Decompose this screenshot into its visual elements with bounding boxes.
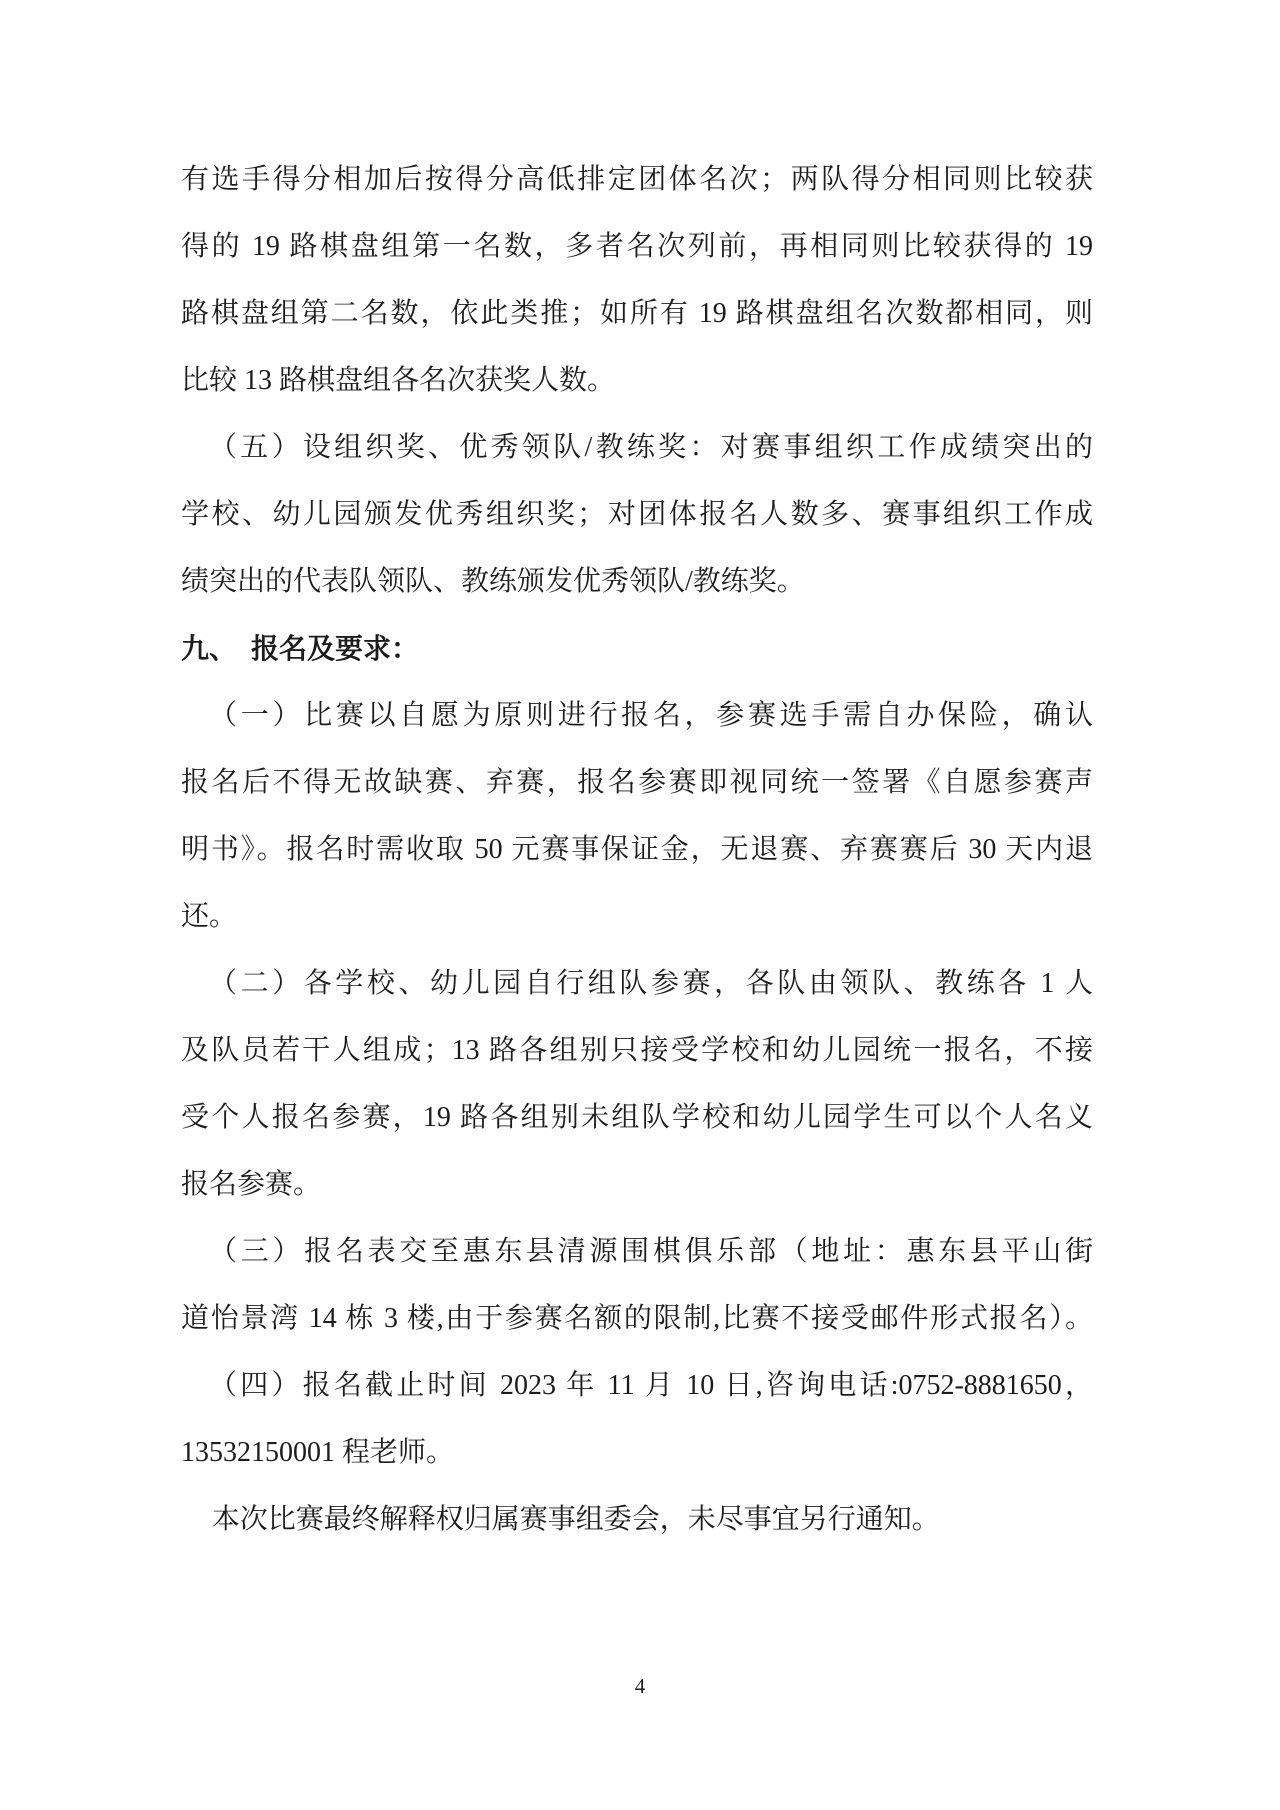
section-heading: 九、 报名及要求： [181,615,1093,682]
text-line: 受个人报名参赛，19 路各组别未组队学校和幼儿园学生可以个人名义 [181,1084,1093,1151]
text-line: （三）报名表交至惠东县清源围棋俱乐部（地址：惠东县平山街 [181,1218,1093,1285]
page-number: 4 [0,1672,1280,1700]
text-line: 报名后不得无故缺赛、弃赛，报名参赛即视同统一签署《自愿参赛声 [181,749,1093,816]
text-line: 得的 19 路棋盘组第一名数，多者名次列前，再相同则比较获得的 19 [181,213,1093,280]
text-line: 及队员若干人组成；13 路各组别只接受学校和幼儿园统一报名，不接 [181,1017,1093,1084]
text-line: 绩突出的代表队领队、教练颁发优秀领队/教练奖。 [181,548,1093,615]
text-line: （二）各学校、幼儿园自行组队参赛，各队由领队、教练各 1 人 [181,950,1093,1017]
text-line: 还。 [181,883,1093,950]
text-line: 比较 13 路棋盘组各名次获奖人数。 [181,347,1093,414]
text-line: 本次比赛最终解释权归属赛事组委会，未尽事宜另行通知。 [181,1486,1093,1553]
text-line: 报名参赛。 [181,1151,1093,1218]
text-line: 13532150001 程老师。 [181,1419,1093,1486]
text-line: 道怡景湾 14 栋 3 楼,由于参赛名额的限制,比赛不接受邮件形式报名）。 [181,1285,1093,1352]
text-line: 明书》。报名时需收取 50 元赛事保证金，无退赛、弃赛赛后 30 天内退 [181,816,1093,883]
text-line: 学校、幼儿园颁发优秀组织奖；对团体报名人数多、赛事组织工作成 [181,481,1093,548]
text-line: 有选手得分相加后按得分高低排定团体名次；两队得分相同则比较获 [181,146,1093,213]
document-body: 有选手得分相加后按得分高低排定团体名次；两队得分相同则比较获 得的 19 路棋盘… [181,146,1093,1553]
text-line: （一）比赛以自愿为原则进行报名，参赛选手需自办保险，确认 [181,682,1093,749]
text-line: （四）报名截止时间 2023 年 11 月 10 日,咨询电话:0752-888… [181,1352,1093,1419]
text-line: （五）设组织奖、优秀领队/教练奖：对赛事组织工作成绩突出的 [181,414,1093,481]
text-line: 路棋盘组第二名数，依此类推；如所有 19 路棋盘组名次数都相同，则 [181,280,1093,347]
document-page: 有选手得分相加后按得分高低排定团体名次；两队得分相同则比较获 得的 19 路棋盘… [0,0,1280,1810]
